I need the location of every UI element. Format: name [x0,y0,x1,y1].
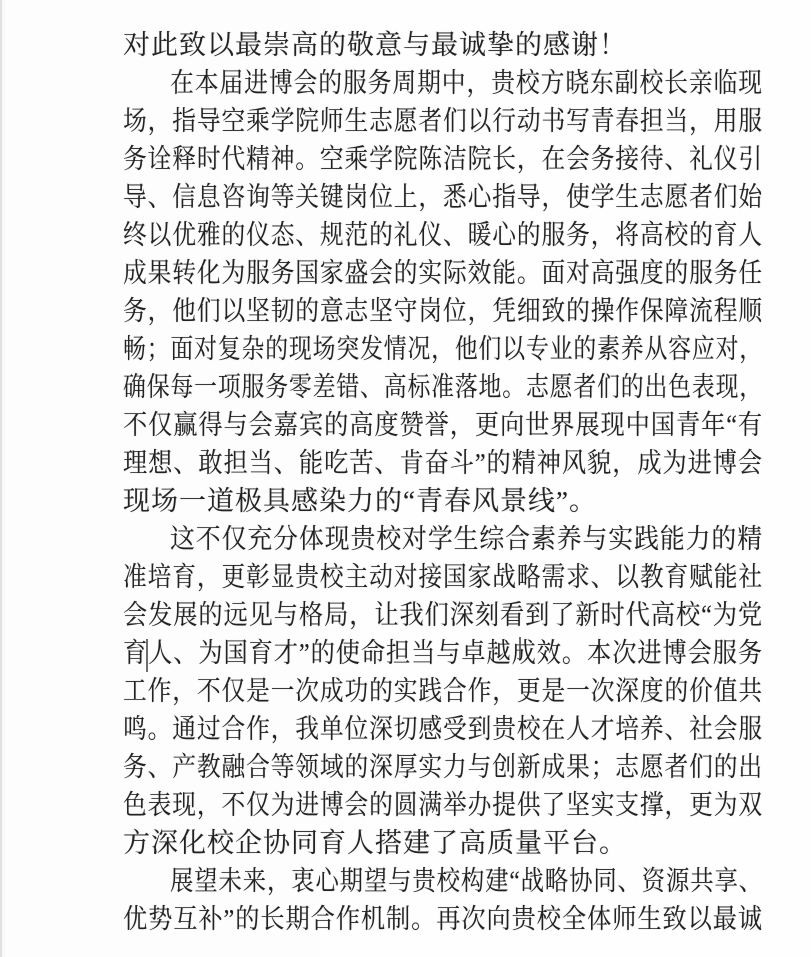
document-body: 对此致以最崇高的敬意与最诚挚的感谢！在本届进博会的服务周期中，贵校方晓东副校长亲… [123,26,763,938]
text-line: 务，他们以坚韧的意志坚守岗位，凭细致的操作保障流程顺 [123,292,763,330]
text-line: 工作，不仅是一次成功的实践合作，更是一次深度的价值共 [123,672,763,710]
text-line: 终以优雅的仪态、规范的礼仪、暖心的服务，将高校的育人 [123,216,763,254]
text-line: 育人、为国育才”的使命担当与卓越成效。本次进博会服务 [123,634,763,672]
text-line: 畅；面对复杂的现场突发情况，他们以专业的素养从容应对， [123,330,763,368]
scan-fold-mark [146,639,148,672]
text-line: 务、产教融合等领域的深厚实力与创新成果；志愿者们的出 [123,748,763,786]
text-line: 现场一道极具感染力的“青春风景线”。 [123,482,763,520]
text-line: 理想、敢担当、能吃苦、肯奋斗”的精神风貌，成为进博会 [123,444,763,482]
scan-fold-mark [519,637,521,658]
text-line: 成果转化为服务国家盛会的实际效能。面对高强度的服务任 [123,254,763,292]
text-line: 确保每一项服务零差错、高标准落地。志愿者们的出色表现， [123,368,763,406]
page-left-edge-shadow [0,0,2,957]
text-line: 务诠释时代精神。空乘学院陈洁院长，在会务接待、礼仪引 [123,140,763,178]
document-page: 对此致以最崇高的敬意与最诚挚的感谢！在本届进博会的服务周期中，贵校方晓东副校长亲… [0,0,811,957]
text-line: 色表现，不仅为进博会的圆满举办提供了坚实支撑，更为双 [123,786,763,824]
text-line: 不仅赢得与会嘉宾的高度赞誉，更向世界展现中国青年“有 [123,406,763,444]
text-line: 优势互补”的长期合作机制。再次向贵校全体师生致以最诚 [123,900,763,938]
text-line: 对此致以最崇高的敬意与最诚挚的感谢！ [123,26,763,64]
text-line: 这不仅充分体现贵校对学生综合素养与实践能力的精 [123,520,763,558]
text-line: 会发展的远见与格局，让我们深刻看到了新时代高校“为党 [123,596,763,634]
text-line: 准培育，更彰显贵校主动对接国家战略需求、以教育赋能社 [123,558,763,596]
text-line: 在本届进博会的服务周期中，贵校方晓东副校长亲临现 [123,64,763,102]
text-line: 方深化校企协同育人搭建了高质量平台。 [123,824,763,862]
text-line: 场，指导空乘学院师生志愿者们以行动书写青春担当，用服 [123,102,763,140]
text-line: 展望未来，衷心期望与贵校构建“战略协同、资源共享、 [123,862,763,900]
text-line: 导、信息咨询等关键岗位上，悉心指导，使学生志愿者们始 [123,178,763,216]
text-line: 鸣。通过合作，我单位深切感受到贵校在人才培养、社会服 [123,710,763,748]
